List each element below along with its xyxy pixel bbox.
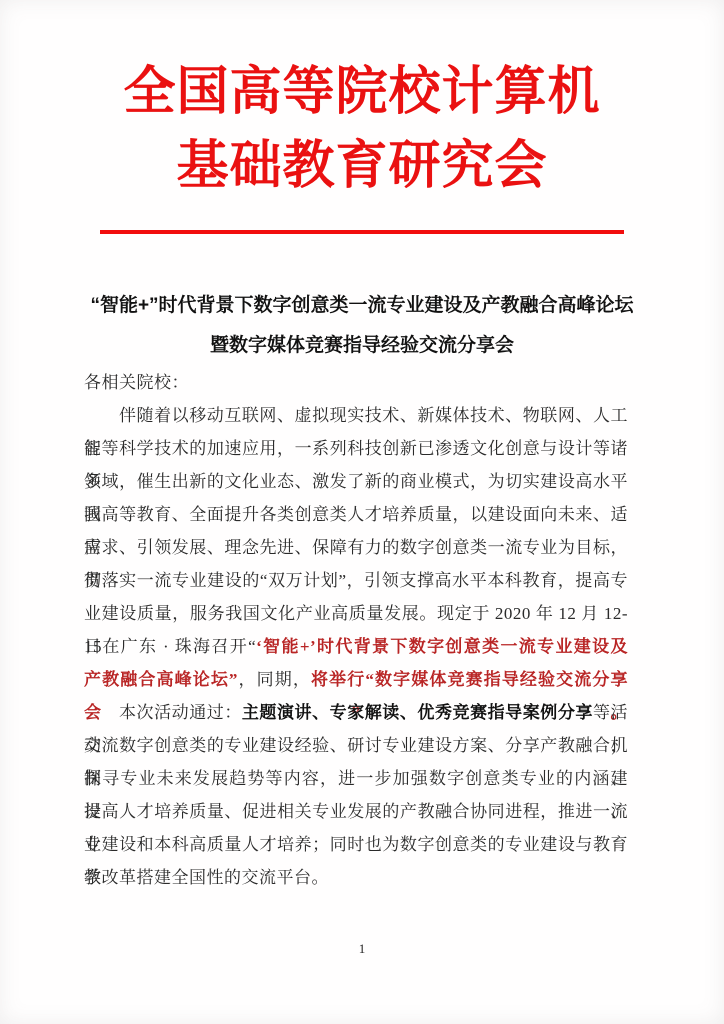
body-text-line: 产教融合高峰论坛”，同期，将举行“数字媒体竞赛指导经验交流分享会”。 — [84, 663, 628, 696]
body-text-line: 国高等教育、全面提升各类创意类人才培养质量，以建设面向未来、适应 — [84, 498, 628, 531]
body-text-line: 需求、引领发展、理念先进、保障有力的数字创意类一流专业为目标，贯 — [84, 531, 628, 564]
red-divider-rule — [100, 230, 624, 234]
body-text-line: 业建设和本科高质量人才培养；同时也为数字创意类的专业建设与教育教 — [84, 828, 628, 861]
org-title-line1: 全国高等院校计算机 — [0, 56, 724, 130]
body-text-line: 探寻专业未来发展趋势等内容，进一步加强数字创意类专业的内涵建设、 — [84, 762, 628, 795]
body-text-line: 伴随着以移动互联网、虚拟现实技术、新媒体技术、物联网、人工智 — [84, 399, 628, 432]
event-title-line1: “智能+”时代背景下数字创意类一流专业建设及产教融合高峰论坛 — [0, 286, 724, 326]
text-segment: ‘智能+’时代背景下数字创意类一流专业建设及 — [256, 637, 628, 656]
document-page: 全国高等院校计算机 基础教育研究会 “智能+”时代背景下数字创意类一流专业建设及… — [0, 0, 724, 1024]
paragraph-2: 本次活动通过：主题演讲、专家解读、优秀竞赛指导案例分享等活动，交流数字创意类的专… — [84, 696, 628, 894]
text-segment: 彻落实一流专业建设的“双万计划”，引领支撑高水平本科教育，提高专 — [84, 571, 628, 590]
salutation: 各相关院校： — [84, 366, 628, 399]
body-text-line: 领域，催生出新的文化业态、激发了新的商业模式，为切实建设高水平我 — [84, 465, 628, 498]
body-text-line: 交流数字创意类的专业建设经验、研讨专业建设方案、分享产教融合机制、 — [84, 729, 628, 762]
body-text-line: 学改革搭建全国性的交流平台。 — [84, 861, 628, 894]
text-segment: ，同期， — [238, 670, 311, 689]
text-segment: 本次活动通过： — [119, 703, 242, 722]
event-title-line2: 暨数字媒体竞赛指导经验交流分享会 — [0, 326, 724, 366]
text-segment: 日在广东 · 珠海召开“ — [84, 637, 256, 656]
letter-body: 各相关院校： 伴随着以移动互联网、虚拟现实技术、新媒体技术、物联网、人工智能等科… — [84, 366, 628, 894]
body-text-line: 日在广东 · 珠海召开“‘智能+’时代背景下数字创意类一流专业建设及 — [84, 630, 628, 663]
body-text-line: 能等科学技术的加速应用，一系列科技创新已渗透文化创意与设计等诸多 — [84, 432, 628, 465]
body-text-line: 业建设质量，服务我国文化产业高质量发展。现定于 2020 年 12 月 12-1… — [84, 597, 628, 630]
text-segment: 学改革搭建全国性的交流平台。 — [84, 868, 329, 887]
event-title: “智能+”时代背景下数字创意类一流专业建设及产教融合高峰论坛 暨数字媒体竞赛指导… — [0, 286, 724, 366]
org-title: 全国高等院校计算机 基础教育研究会 — [0, 56, 724, 204]
text-segment: 产教融合高峰论坛” — [84, 670, 238, 689]
body-text-line: 本次活动通过：主题演讲、专家解读、优秀竞赛指导案例分享等活动， — [84, 696, 628, 729]
org-title-line2: 基础教育研究会 — [0, 130, 724, 204]
page-number: 1 — [0, 941, 724, 957]
text-segment: 主题演讲、专家解读、优秀竞赛指导案例分享 — [242, 703, 593, 722]
body-text-line: 提高人才培养质量、促进相关专业发展的产教融合协同进程，推进一流专 — [84, 795, 628, 828]
paragraph-1: 伴随着以移动互联网、虚拟现实技术、新媒体技术、物联网、人工智能等科学技术的加速应… — [84, 399, 628, 696]
body-text-line: 彻落实一流专业建设的“双万计划”，引领支撑高水平本科教育，提高专 — [84, 564, 628, 597]
